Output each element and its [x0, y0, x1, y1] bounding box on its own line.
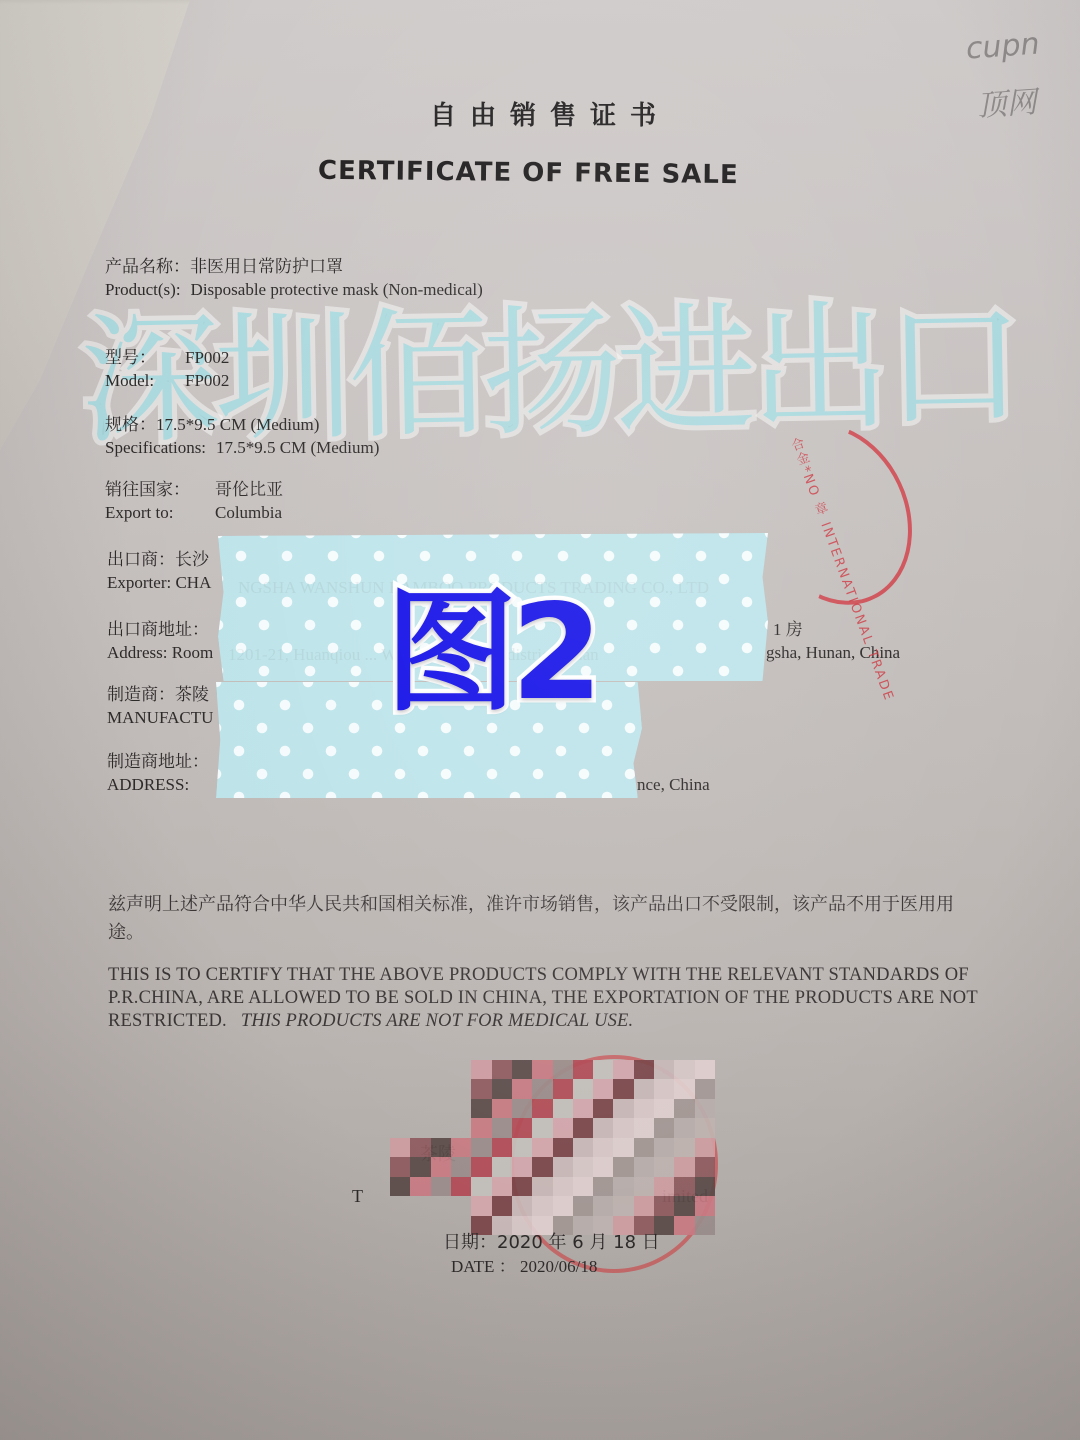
field-manufacturer: 制造商：茶陵 MANUFACTU — [107, 683, 213, 729]
manufacturer-address-label-cn: 制造商地址： — [107, 750, 209, 773]
model-label-cn: 型号： — [105, 346, 175, 369]
field-exporter: 出口商：长沙 Exporter: CHA — [107, 548, 211, 594]
spec-label-en: Specifications: — [105, 436, 206, 459]
model-label-en: Model: — [105, 369, 175, 392]
pixelated-redaction — [390, 1060, 715, 1235]
handwritten-line-1: cupn — [964, 16, 1041, 79]
title-chinese: 自由销售证书 — [0, 95, 1080, 132]
manufacturer-label-en: MANUFACTU — [107, 706, 213, 729]
product-label-cn: 产品名称： — [105, 255, 190, 278]
product-label-en: Product(s): — [105, 278, 181, 301]
model-value-cn: FP002 — [185, 346, 229, 369]
exporter-address-label-cn: 出口商地址： — [107, 618, 213, 641]
spec-label-cn: 规格： — [105, 413, 156, 436]
export-value-en: Columbia — [215, 501, 282, 524]
declaration-chinese: 兹声明上述产品符合中华人民共和国相关标准，准许市场销售，该产品出口不受限制，该产… — [108, 890, 968, 946]
field-specifications: 规格：17.5*9.5 CM (Medium) Specifications:1… — [105, 413, 379, 459]
figure-label: 图2 — [385, 578, 597, 728]
date-chinese: 日期：2020 年 6 月 18 日 — [443, 1228, 660, 1254]
manufacturer-address-label-en: ADDRESS: — [107, 773, 209, 796]
manufacturer-address-tail-en: nce, China — [637, 773, 710, 796]
exporter-address-tail-cn: 1 房 — [773, 618, 803, 641]
exporter-address-label-en: Address: Room — [107, 641, 213, 664]
field-model: 型号：FP002 Model:FP002 — [105, 346, 229, 392]
export-value-cn: 哥伦比亚 — [215, 478, 283, 501]
field-product: 产品名称：非医用日常防护口罩 Product(s):Disposable pro… — [105, 255, 483, 301]
model-value-en: FP002 — [185, 369, 229, 392]
export-label-cn: 销往国家： — [105, 478, 205, 501]
declaration-english: THIS IS TO CERTIFY THAT THE ABOVE PRODUC… — [108, 964, 978, 1033]
title-english: CERTIFICATE OF FREE SALE — [318, 156, 748, 191]
declaration-english-italic: THIS PRODUCTS ARE NOT FOR MEDICAL USE. — [241, 1011, 634, 1031]
exporter-label-en: Exporter: CHA — [107, 571, 211, 594]
exporter-label-cn: 出口商：长沙 — [107, 548, 211, 571]
field-exporter-address: 出口商地址： Address: Room — [107, 618, 213, 664]
date-english: DATE ： 2020/06/18 — [451, 1252, 597, 1277]
spec-value-cn: 17.5*9.5 CM (Medium) — [156, 415, 319, 434]
manufacturer-label-cn: 制造商：茶陵 — [107, 683, 213, 706]
field-manufacturer-address: 制造商地址： ADDRESS: — [107, 750, 209, 796]
product-value-cn: 非医用日常防护口罩 — [190, 257, 343, 276]
product-value-en: Disposable protective mask (Non-medical) — [191, 278, 483, 301]
export-label-en: Export to: — [105, 501, 205, 524]
field-export-to: 销往国家：哥伦比亚 Export to:Columbia — [105, 478, 283, 524]
spec-value-en: 17.5*9.5 CM (Medium) — [216, 436, 379, 459]
signatory-company-en: T — [352, 1186, 363, 1207]
